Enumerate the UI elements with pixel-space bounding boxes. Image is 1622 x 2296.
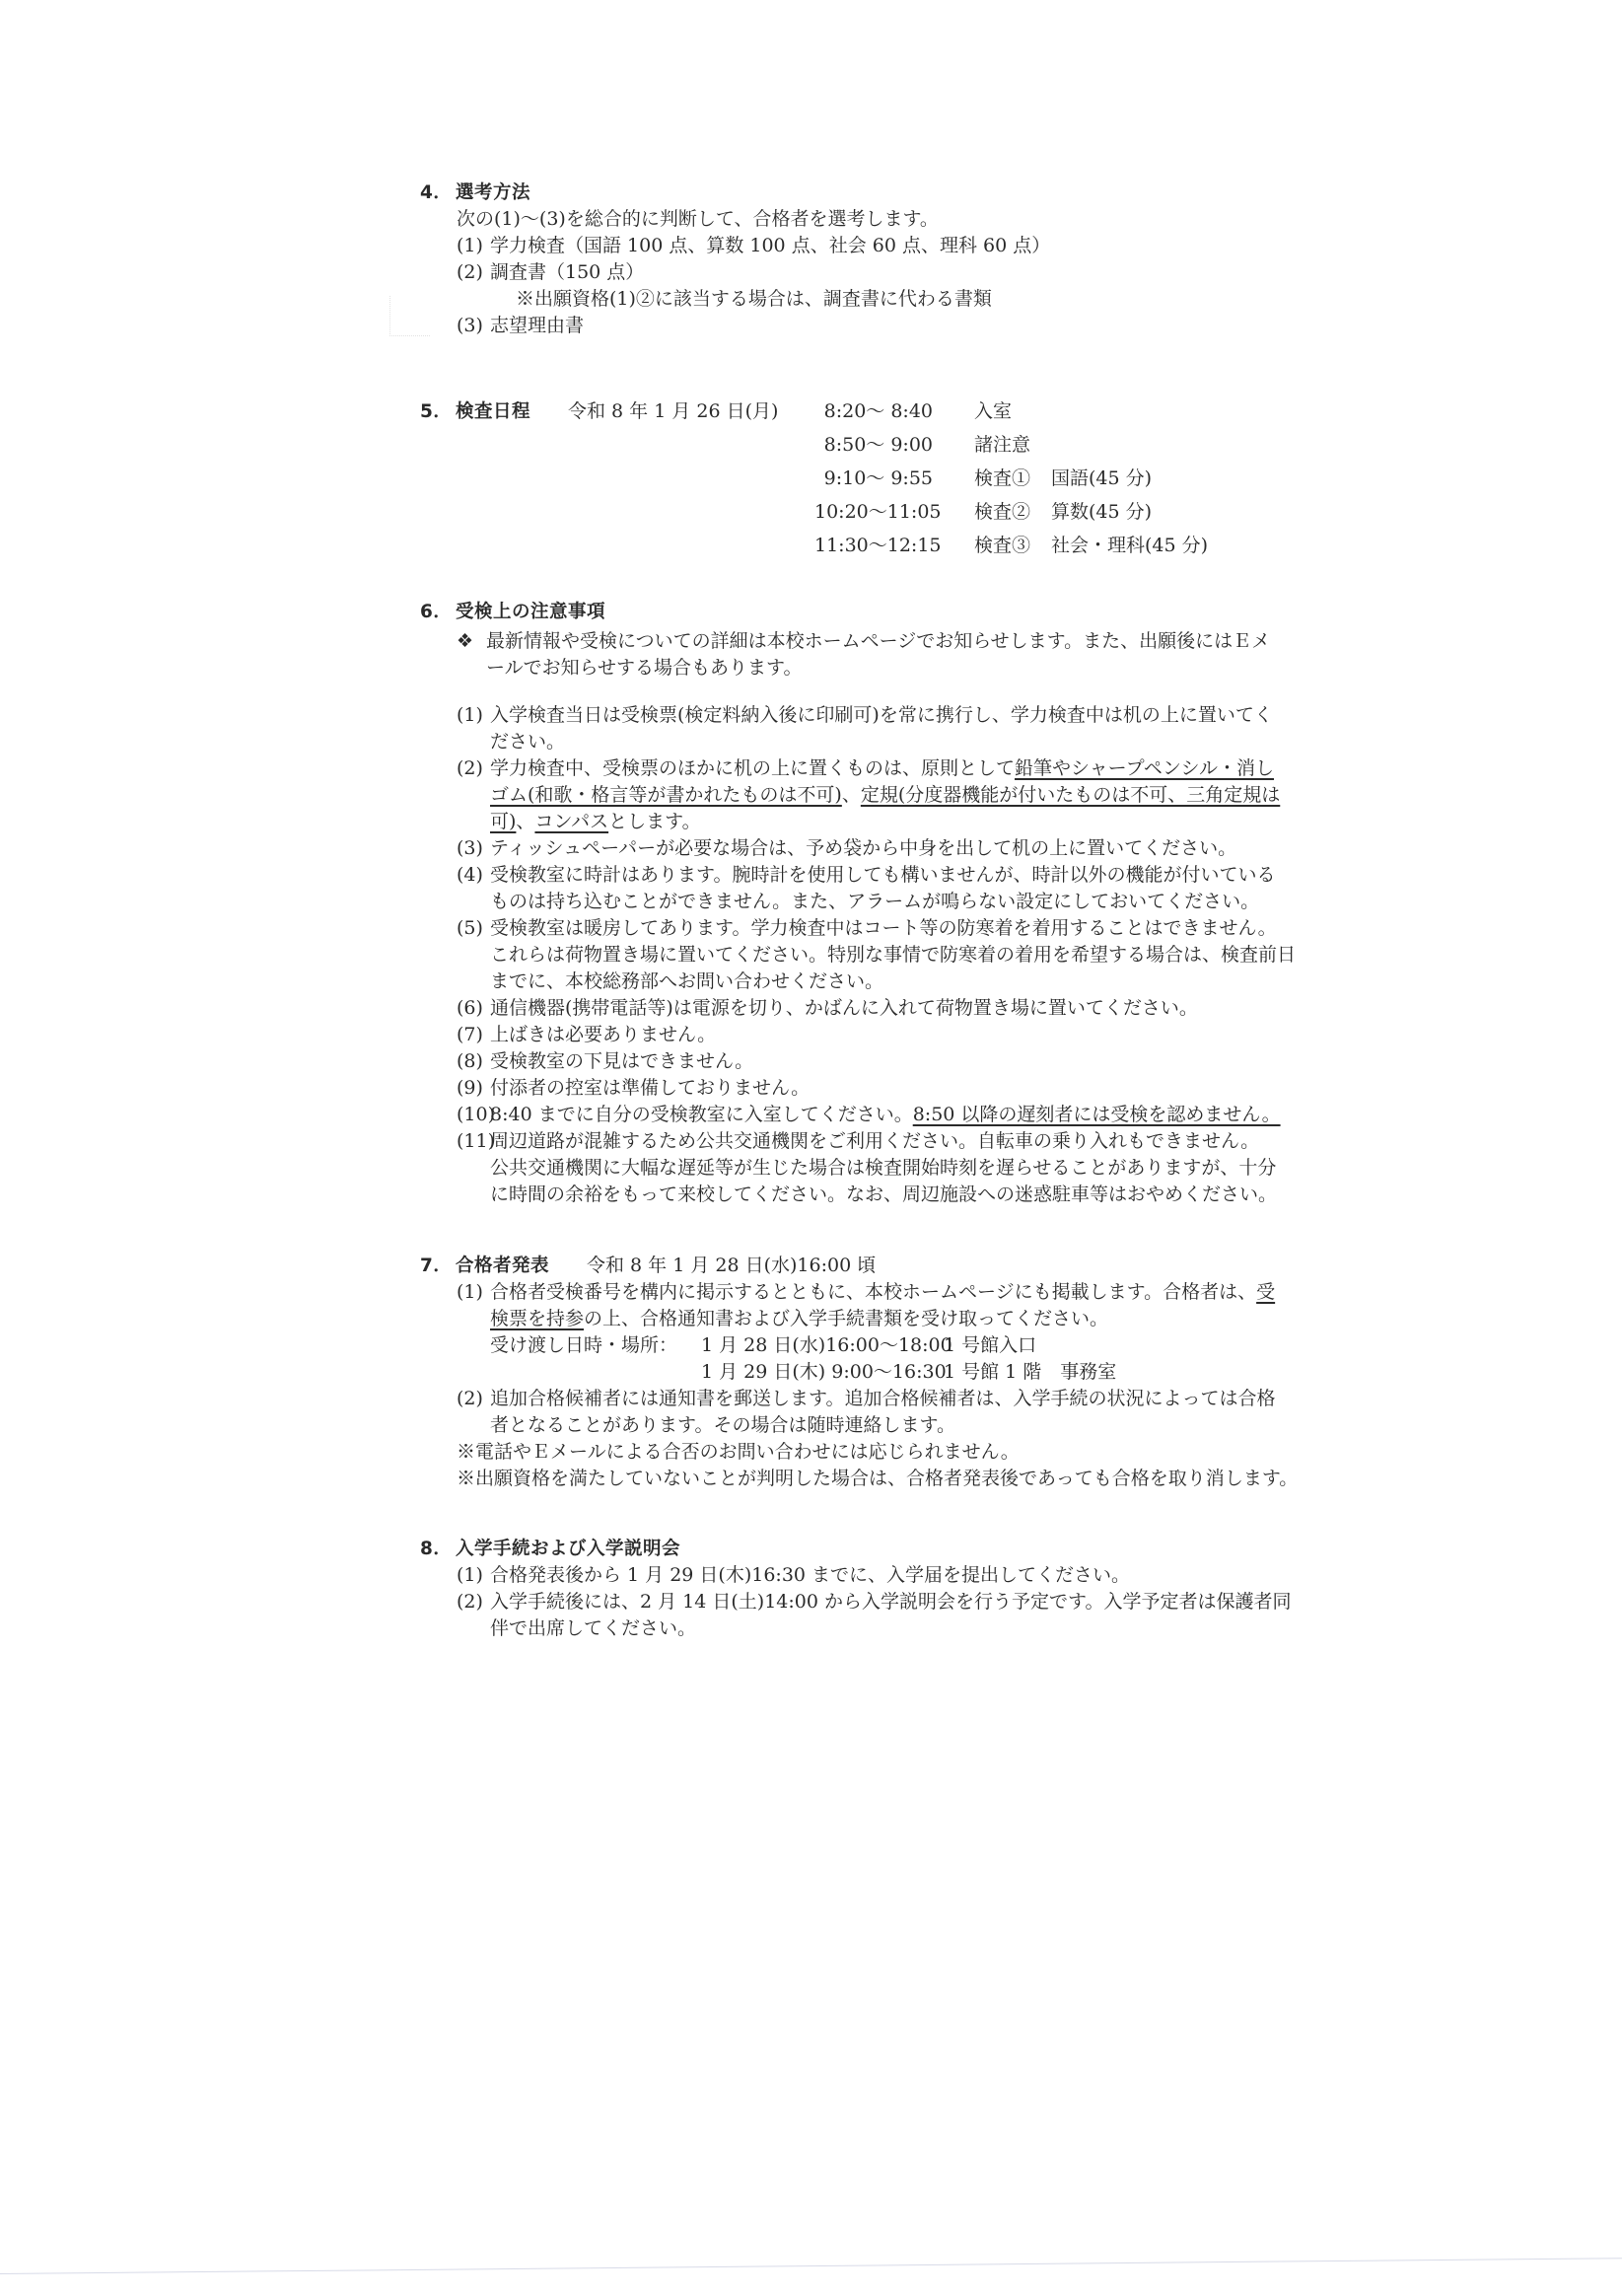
schedule-subject: 国語(45 分) [1051,466,1152,492]
website-notice: ❖ 最新情報や受検についての詳細は本校ホームページでお知らせします。また、出願後… [457,628,1317,682]
list-item: (2)入学手続後には、2 月 14 日(土)14:00 から入学説明会を行う予定… [457,1589,1317,1642]
schedule-label: 諸注意 [974,432,1051,459]
handover-place: 1 号館 1 階 事務室 [944,1359,1116,1386]
section-number: 4． [420,179,456,206]
section-heading: 4．選考方法 [420,179,1317,206]
list-item: (9)付添者の控室は準備しておりません。 [457,1075,1317,1102]
underlined-text: 定規(分度器機能が付いたものは不可、三角定規は [861,784,1280,806]
list-item: (2) 学力検査中、受検票のほかに机の上に置くものは、原則として鉛筆やシャープペ… [457,755,1317,835]
section-title: 検査日程 [456,401,530,422]
schedule-table: 8:20〜 8:40入室 8:50〜 9:00諸注意 9:10〜 9:55検査①… [814,395,1208,562]
item-text: 伴で出席してください。 [490,1615,1317,1642]
section-8-enrollment: 8．入学手続および入学説明会 (1)合格発表後から 1 月 29 日(木)16:… [420,1536,1317,1642]
list-item: (10)8:40 までに自分の受検教室に入室してください。8:50 以降の遅刻者… [457,1102,1317,1128]
schedule-time: 11:30〜12:15 [814,533,933,559]
underlined-text: 鉛筆やシャープペンシル・消し [1015,757,1274,779]
handover-time: 1 月 29 日(木) 9:00〜16:30 [701,1359,944,1386]
list-item: (5)受検教室は暖房してあります。学力検査中はコート等の防寒着を着用することはで… [457,915,1317,995]
item-label: (2) [457,259,490,286]
schedule-time: 8:50〜 9:00 [814,432,933,459]
list-item: (2)追加合格候補者には通知書を郵送します。追加合格候補者は、入学手続の状況によ… [457,1386,1317,1439]
item-text: 学力検査（国語 100 点、算数 100 点、社会 60 点、理科 60 点） [490,233,1317,259]
item-text: ものは持ち込むことができません。また、アラームが鳴らない設定にしておいてください… [490,889,1317,915]
handover-row: 1 月 29 日(木) 9:00〜16:301 号館 1 階 事務室 [490,1359,1317,1386]
schedule-time: 10:20〜11:05 [814,499,933,526]
item-label: (8) [457,1048,490,1075]
section-number: 5． [420,398,456,425]
item-text: 上ばきは必要ありません。 [490,1022,1317,1048]
item-text: 合格発表後から 1 月 29 日(木)16:30 までに、入学届を提出してくださ… [490,1562,1317,1589]
item-label: (11) [457,1128,490,1208]
section-title: 選考方法 [456,182,530,203]
section-number: 6． [420,599,456,625]
note-line: ※出願資格を満たしていないことが判明した場合は、合格者発表後であっても合格を取り… [457,1466,1317,1492]
section-heading: 7．合格者発表 [420,1253,549,1279]
list-item: (1)入学検査当日は受検票(検定料納入後に印刷可)を常に携行し、学力検査中は机の… [457,702,1317,755]
schedule-label: 入室 [974,398,1051,425]
list-item: (3)志望理由書 [457,313,1317,339]
item-text: ださい。 [490,729,1317,755]
list-item: (1)学力検査（国語 100 点、算数 100 点、社会 60 点、理科 60 … [457,233,1317,259]
announcement-datetime: 令和 8 年 1 月 28 日(水)16:00 頃 [587,1253,876,1279]
schedule-row: 11:30〜12:15検査③社会・理科(45 分) [814,529,1208,562]
item-text: までに、本校総務部へお問い合わせください。 [490,969,1317,995]
list-item: (3)ティッシュペーパーが必要な場合は、予め袋から中身を出して机の上に置いてくだ… [457,835,1317,862]
underlined-text: ゴム(和歌・格言等が書かれたものは不可) [490,784,842,806]
handover-time: 1 月 28 日(水)16:00〜18:00 [701,1332,944,1359]
underlined-text: 可) [490,811,516,832]
item-label: (1) [457,1279,490,1386]
note-line: ※電話やＥメールによる合否のお問い合わせには応じられません。 [457,1439,1317,1466]
item-label: (2) [457,1386,490,1439]
schedule-row: 8:50〜 9:00諸注意 [814,428,1208,462]
item-text: 学力検査中、受検票のほかに机の上に置くものは、原則として [490,757,1015,779]
schedule-label: 検査② [974,499,1051,526]
section-title: 合格者発表 [456,1256,549,1276]
item-label: (10) [457,1102,490,1128]
handover-place: 1 号館入口 [944,1332,1036,1359]
list-item: (11)周辺道路が混雑するため公共交通機関をご利用ください。自転車の乗り入れもで… [457,1128,1317,1208]
item-text: 入学手続後には、2 月 14 日(土)14:00 から入学説明会を行う予定です。… [490,1589,1317,1615]
item-text: 追加合格候補者には通知書を郵送します。追加合格候補者は、入学手続の状況によっては… [490,1386,1317,1412]
list-item: (4)受検教室に時計はあります。腕時計を使用しても構いませんが、時計以外の機能が… [457,862,1317,915]
item-text: に時間の余裕をもって来校してください。なお、周辺施設への迷惑駐車等はおやめくださ… [490,1182,1317,1208]
handover-row: 受け渡し日時・場所：1 月 28 日(水)16:00〜18:001 号館入口 [490,1332,1317,1359]
handover-label: 受け渡し日時・場所： [490,1332,701,1359]
schedule-row: 10:20〜11:05検査②算数(45 分) [814,495,1208,529]
item-label: (1) [457,1562,490,1589]
list-item: (1) 合格者受検番号を構内に掲示するとともに、本校ホームページにも掲載します。… [457,1279,1317,1386]
item-text: これらは荷物置き場に置いてください。特別な事情で防寒着の着用を希望する場合は、検… [490,942,1317,969]
item-label: (4) [457,862,490,915]
schedule-label: 検査① [974,466,1051,492]
separator: 、 [842,784,861,806]
notes-list: (1)入学検査当日は受検票(検定料納入後に印刷可)を常に携行し、学力検査中は机の… [457,702,1317,1208]
schedule-time: 9:10〜 9:55 [814,466,933,492]
item-text: 受検教室に時計はあります。腕時計を使用しても構いませんが、時計以外の機能が付いて… [490,862,1317,889]
underlined-text: 受 [1256,1281,1275,1303]
notice-text: ールでお知らせする場合もあります。 [486,655,1270,682]
item-label: (1) [457,702,490,755]
schedule-row: 9:10〜 9:55検査①国語(45 分) [814,462,1208,495]
section-title: 入学手続および入学説明会 [456,1539,680,1559]
separator: 、 [516,811,534,832]
item-text: 入学検査当日は受検票(検定料納入後に印刷可)を常に携行し、学力検査中は机の上に置… [490,702,1317,729]
schedule-time: 8:20〜 8:40 [814,398,933,425]
section-7-results-announcement: 7．合格者発表 令和 8 年 1 月 28 日(水)16:00 頃 (1) 合格… [420,1253,1317,1492]
underlined-text: コンパス [534,811,608,832]
list-item: (6)通信機器(携帯電話等)は電源を切り、かばんに入れて荷物置き場に置いてくださ… [457,995,1317,1022]
item-text: とします。 [608,811,700,832]
item-text: 通信機器(携帯電話等)は電源を切り、かばんに入れて荷物置き場に置いてください。 [490,995,1317,1022]
scan-edge-line [0,2258,1622,2274]
list-item: (7)上ばきは必要ありません。 [457,1022,1317,1048]
item-label: (2) [457,1589,490,1642]
item-text: 志望理由書 [490,313,1317,339]
schedule-subject: 社会・理科(45 分) [1051,533,1208,559]
section-6-exam-notes: 6．受検上の注意事項 ❖ 最新情報や受検についての詳細は本校ホームページでお知ら… [420,599,1317,1208]
section-4-selection-method: 4．選考方法 次の(1)〜(3)を総合的に判断して、合格者を選考します。 (1)… [420,179,1317,339]
section-5-exam-schedule: 5．検査日程 令和 8 年 1 月 26 日(月) 8:20〜 8:40入室 8… [420,398,1317,576]
item-label: (5) [457,915,490,995]
section-title: 受検上の注意事項 [456,602,605,622]
item-label: (2) [457,755,490,835]
item-text: 者となることがあります。その場合は随時連絡します。 [490,1412,1317,1439]
list-item: (8)受検教室の下見はできません。 [457,1048,1317,1075]
item-label: (9) [457,1075,490,1102]
item-text: 受検教室は暖房してあります。学力検査中はコート等の防寒着を着用することはできませ… [490,915,1317,942]
section-intro: 次の(1)〜(3)を総合的に判断して、合格者を選考します。 [457,206,1317,233]
note-line: ※出願資格(1)②に該当する場合は、調査書に代わる書類 [516,286,1317,313]
item-label: (6) [457,995,490,1022]
schedule-subject: 算数(45 分) [1051,499,1152,526]
item-label: (1) [457,233,490,259]
section-number: 8． [420,1536,456,1562]
item-text: 受検教室の下見はできません。 [490,1048,1317,1075]
exam-date: 令和 8 年 1 月 26 日(月) [568,398,795,425]
underlined-text: 検票を持参 [490,1308,584,1329]
section-heading: 6．受検上の注意事項 [420,599,1317,625]
item-text: 周辺道路が混雑するため公共交通機関をご利用ください。自転車の乗り入れもできません… [490,1128,1317,1155]
section-heading: 8．入学手続および入学説明会 [420,1536,1317,1562]
diamond-bullet-icon: ❖ [457,628,486,682]
item-label: (7) [457,1022,490,1048]
item-text: 調査書（150 点） [490,259,1317,286]
schedule-label: 検査③ [974,533,1051,559]
underlined-text: 8:50 以降の遅刻者には受検を認めません。 [913,1104,1281,1125]
item-text: ティッシュペーパーが必要な場合は、予め袋から中身を出して机の上に置いてください。 [490,835,1317,862]
document-page: 4．選考方法 次の(1)〜(3)を総合的に判断して、合格者を選考します。 (1)… [0,0,1622,2296]
item-label: (3) [457,313,490,339]
list-item: (2)調査書（150 点） [457,259,1317,286]
list-item: (1)合格発表後から 1 月 29 日(木)16:30 までに、入学届を提出して… [457,1562,1317,1589]
section-heading: 5．検査日程 [420,398,530,425]
schedule-row: 8:20〜 8:40入室 [814,395,1208,428]
notice-text: 最新情報や受検についての詳細は本校ホームページでお知らせします。また、出願後には… [486,628,1270,655]
item-text: 8:40 までに自分の受検教室に入室してください。 [490,1104,913,1125]
section-number: 7． [420,1253,456,1279]
item-text: 付添者の控室は準備しておりません。 [490,1075,1317,1102]
item-text: 合格者受検番号を構内に掲示するとともに、本校ホームページにも掲載します。合格者は… [490,1281,1256,1303]
item-text: 公共交通機関に大幅な遅延等が生じた場合は検査開始時刻を遅らせることがありますが、… [490,1155,1317,1182]
item-label: (3) [457,835,490,862]
item-text: の上、合格通知書および入学手続書類を受け取ってください。 [584,1308,1108,1329]
